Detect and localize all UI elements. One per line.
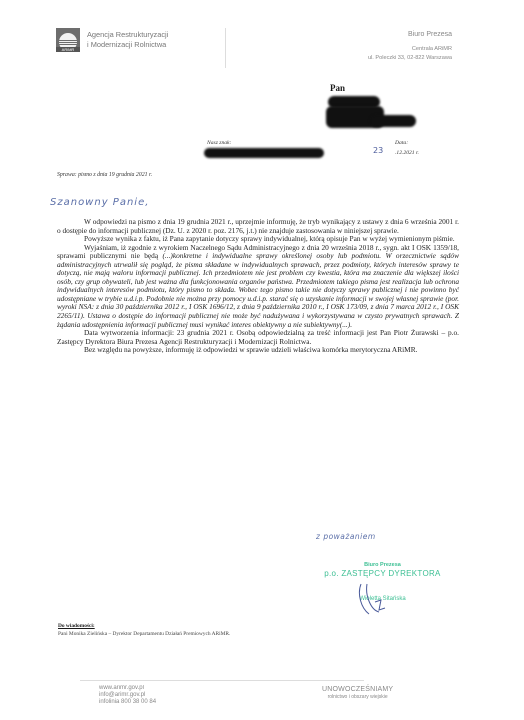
stamp-office: Biuro Prezesa [300, 562, 465, 568]
paragraph-5: Bez względu na powyższe, informuję iż od… [57, 346, 459, 355]
slogan-main: UNOWOCZEŚNIAMY [322, 686, 393, 693]
footer-slogan: UNOWOCZEŚNIAMY rolnictwo i obszary wiejs… [322, 686, 393, 700]
recipient-address-redaction-2 [370, 115, 416, 127]
paragraph-4: Data wytworzenia informacji: 23 grudnia … [57, 329, 459, 346]
agency-name: Agencja Restrukturyzacji i Modernizacji … [87, 30, 168, 49]
footer-divider [80, 680, 364, 681]
agency-name-line1: Agencja Restrukturyzacji [87, 30, 168, 40]
slogan-sub: rolnictwo i obszary wiejskie [322, 694, 393, 700]
paragraph-3: Wyjaśniam, iż zgodnie z wyrokiem Naczeln… [57, 244, 459, 329]
office-title: Biuro Prezesa [368, 31, 452, 38]
signature-scribble-icon [355, 580, 395, 620]
closing-handwritten: z poważaniem [316, 532, 376, 541]
paragraph-3-quote: (...)konkretne i indywidualne sprawy okr… [57, 251, 459, 328]
subject-line: Sprawa: pismo z dnia 19 grudnia 2021 r. [57, 172, 152, 178]
office-sub2: ul. Poleczki 33, 02-822 Warszawa [368, 54, 452, 63]
letter-body: W odpowiedzi na pismo z dnia 19 grudnia … [57, 218, 459, 355]
footer-hotline: infolinia 800 38 00 84 [99, 699, 156, 706]
our-ref-label: Nasz znak: [207, 140, 231, 146]
logo-label: ARiMR [56, 47, 80, 52]
footer-contact: www.arimr.gov.pl info@arimr.gov.pl infol… [99, 685, 156, 707]
date-value: .12.2021 r. [395, 150, 419, 156]
date-handwritten-day: 23 [373, 146, 383, 155]
office-address: Biuro Prezesa Centrala ARiMR ul. Poleczk… [368, 31, 452, 62]
stamp-position: p.o. ZASTĘPCY DYREKTORA [300, 569, 465, 578]
office-sub1: Centrala ARiMR [368, 45, 452, 54]
our-ref-redaction [204, 148, 324, 158]
recipient-salutation: Pan [330, 83, 345, 93]
footer-web-link[interactable]: www.arimr.gov.pl [99, 685, 156, 692]
agency-name-line2: i Modernizacji Rolnictwa [87, 40, 168, 50]
date-label: Data: [395, 140, 408, 146]
footer-email-link[interactable]: info@arimr.gov.pl [99, 692, 156, 699]
paragraph-1: W odpowiedzi na pismo z dnia 19 grudnia … [57, 218, 459, 235]
header-divider [225, 28, 226, 68]
cc-title: Do wiadomości: [58, 623, 95, 629]
cc-recipient: Pani Monika Zielińska – Dyrektor Departa… [58, 631, 230, 637]
arimr-logo: ARiMR [56, 28, 80, 52]
greeting-handwritten: Szanowny Panie, [50, 197, 149, 208]
